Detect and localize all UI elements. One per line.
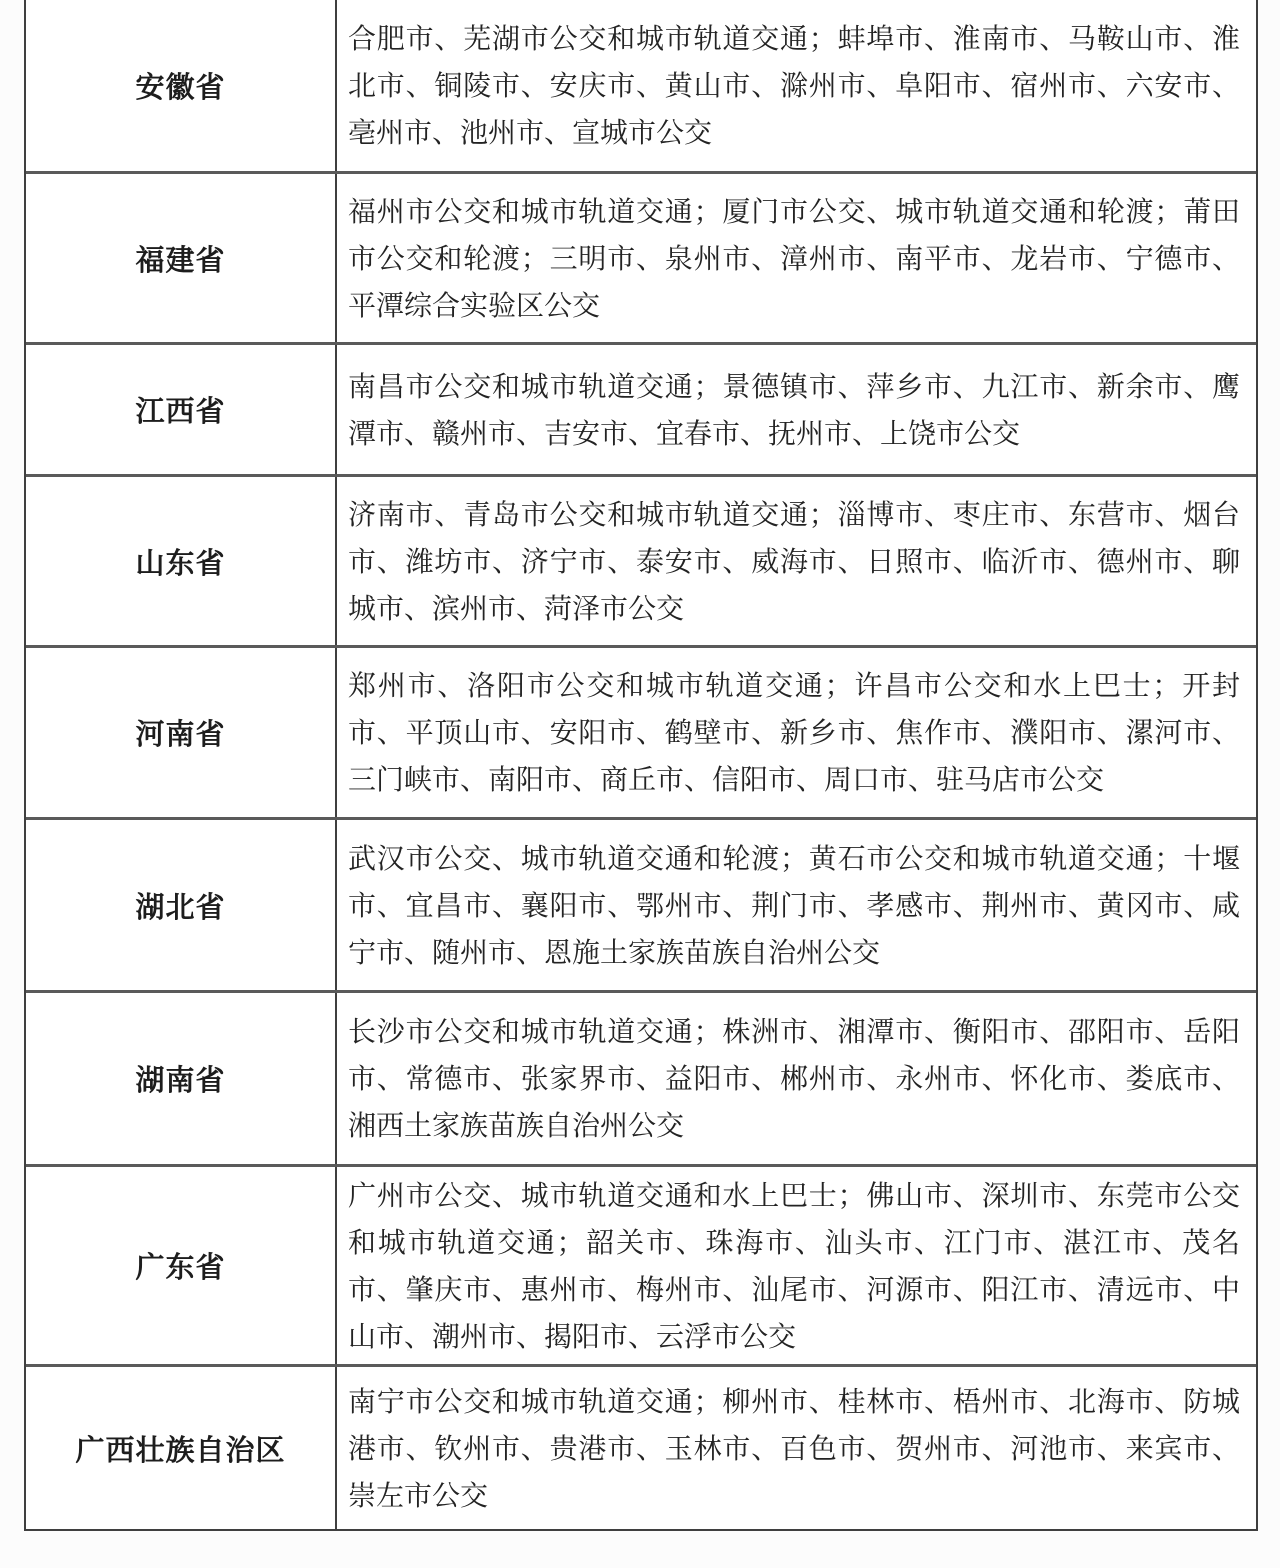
table-row: 山东省 济南市、青岛市公交和城市轨道交通；淄博市、枣庄市、东营市、烟台市、潍坊市… [26,474,1256,645]
coverage-cell: 广州市公交、城市轨道交通和水上巴士；佛山市、深圳市、东莞市公交和城市轨道交通；韶… [337,1167,1256,1364]
table-row: 安徽省 合肥市、芜湖市公交和城市轨道交通；蚌埠市、淮南市、马鞍山市、淮北市、铜陵… [26,0,1256,171]
coverage-text: 武汉市公交、城市轨道交通和轮渡；黄石市公交和城市轨道交通；十堰市、宜昌市、襄阳市… [348,835,1240,976]
coverage-cell: 郑州市、洛阳市公交和城市轨道交通；许昌市公交和水上巴士；开封市、平顶山市、安阳市… [337,648,1256,817]
province-cell: 安徽省 [26,0,337,171]
coverage-cell: 合肥市、芜湖市公交和城市轨道交通；蚌埠市、淮南市、马鞍山市、淮北市、铜陵市、安庆… [337,0,1256,171]
table-row: 广东省 广州市公交、城市轨道交通和水上巴士；佛山市、深圳市、东莞市公交和城市轨道… [26,1164,1256,1364]
coverage-cell: 南昌市公交和城市轨道交通；景德镇市、萍乡市、九江市、新余市、鹰潭市、赣州市、吉安… [337,345,1256,474]
coverage-text: 福州市公交和城市轨道交通；厦门市公交、城市轨道交通和轮渡；莆田市公交和轮渡；三明… [348,188,1240,329]
province-cell: 湖南省 [26,993,337,1164]
province-transit-table: 安徽省 合肥市、芜湖市公交和城市轨道交通；蚌埠市、淮南市、马鞍山市、淮北市、铜陵… [24,0,1258,1531]
province-cell: 福建省 [26,174,337,342]
coverage-cell: 武汉市公交、城市轨道交通和轮渡；黄石市公交和城市轨道交通；十堰市、宜昌市、襄阳市… [337,820,1256,990]
coverage-cell: 长沙市公交和城市轨道交通；株洲市、湘潭市、衡阳市、邵阳市、岳阳市、常德市、张家界… [337,993,1256,1164]
coverage-text: 合肥市、芜湖市公交和城市轨道交通；蚌埠市、淮南市、马鞍山市、淮北市、铜陵市、安庆… [348,15,1240,156]
coverage-cell: 福州市公交和城市轨道交通；厦门市公交、城市轨道交通和轮渡；莆田市公交和轮渡；三明… [337,174,1256,342]
province-cell: 广东省 [26,1167,337,1364]
coverage-text: 郑州市、洛阳市公交和城市轨道交通；许昌市公交和水上巴士；开封市、平顶山市、安阳市… [348,662,1240,803]
table-row: 湖北省 武汉市公交、城市轨道交通和轮渡；黄石市公交和城市轨道交通；十堰市、宜昌市… [26,817,1256,990]
coverage-text: 济南市、青岛市公交和城市轨道交通；淄博市、枣庄市、东营市、烟台市、潍坊市、济宁市… [348,491,1240,632]
province-cell: 山东省 [26,477,337,645]
province-cell: 广西壮族自治区 [26,1367,337,1529]
coverage-text: 长沙市公交和城市轨道交通；株洲市、湘潭市、衡阳市、邵阳市、岳阳市、常德市、张家界… [348,1008,1240,1149]
coverage-cell: 济南市、青岛市公交和城市轨道交通；淄博市、枣庄市、东营市、烟台市、潍坊市、济宁市… [337,477,1256,645]
province-cell: 河南省 [26,648,337,817]
table-row: 湖南省 长沙市公交和城市轨道交通；株洲市、湘潭市、衡阳市、邵阳市、岳阳市、常德市… [26,990,1256,1164]
province-transit-table-wrap: 安徽省 合肥市、芜湖市公交和城市轨道交通；蚌埠市、淮南市、马鞍山市、淮北市、铜陵… [24,0,1258,1531]
coverage-text: 南昌市公交和城市轨道交通；景德镇市、萍乡市、九江市、新余市、鹰潭市、赣州市、吉安… [348,363,1240,457]
coverage-cell: 南宁市公交和城市轨道交通；柳州市、桂林市、梧州市、北海市、防城港市、钦州市、贵港… [337,1367,1256,1529]
province-cell: 江西省 [26,345,337,474]
table-row: 广西壮族自治区 南宁市公交和城市轨道交通；柳州市、桂林市、梧州市、北海市、防城港… [26,1364,1256,1529]
province-cell: 湖北省 [26,820,337,990]
table-row: 福建省 福州市公交和城市轨道交通；厦门市公交、城市轨道交通和轮渡；莆田市公交和轮… [26,171,1256,342]
table-row: 江西省 南昌市公交和城市轨道交通；景德镇市、萍乡市、九江市、新余市、鹰潭市、赣州… [26,342,1256,474]
coverage-text: 南宁市公交和城市轨道交通；柳州市、桂林市、梧州市、北海市、防城港市、钦州市、贵港… [348,1378,1240,1519]
coverage-text: 广州市公交、城市轨道交通和水上巴士；佛山市、深圳市、东莞市公交和城市轨道交通；韶… [348,1172,1240,1360]
table-row: 河南省 郑州市、洛阳市公交和城市轨道交通；许昌市公交和水上巴士；开封市、平顶山市… [26,645,1256,817]
